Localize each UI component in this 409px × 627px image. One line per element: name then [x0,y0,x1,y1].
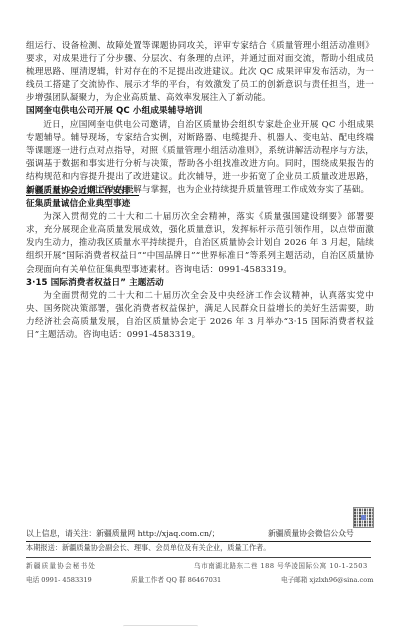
divider-top [26,541,371,542]
footer-address: 乌市南湖北路东二巷 188 号华凌国际公寓 10-1-2503 [194,560,368,570]
paragraph-consumer-rights-day: 为全面贯彻党的二十大和二十届历次全会及中央经济工作会议精神，认真落实党中央、国务… [26,290,374,342]
heading-consumer-rights-day: 3·15 国际消费者权益日” 主题活动 [26,277,374,290]
footer-email[interactable]: 电子邮箱 xjzlxh96@sina.com [281,574,373,584]
footer-qq-group: 质量工作者 QQ 群 86467031 [131,574,221,584]
paragraph-integrity-cases: 为深入贯彻党的二十大和二十届历次全会精神，落实《质量强国建设纲要》部署要求，充分… [26,211,374,276]
heading-integrity-cases: 征集质量诚信企业典型事迹 [26,198,374,211]
article-block-work-plan: 新疆质量协会近期工作安排： 征集质量诚信企业典型事迹 为深入贯彻党的二十大和二十… [26,185,374,342]
paragraph-qc-review-continued: 组运行、设备检测、故障处置等课题协同攻关，评审专家结合《质量管理小组活动准则》要… [26,40,374,105]
footer-org-name: 新疆质量协会秘书处 [26,560,96,570]
section-title-work-plan: 新疆质量协会近期工作安排： [26,185,374,198]
distribution-note: 本期报送：新疆质量协会副会长、理事、会员单位及有关企业，质量工作者。 [26,543,270,553]
divider-bottom [26,557,371,558]
footer-phone: 电话 0991- 4583319 [26,574,92,584]
follow-info-row: 以上信息，请关注：新疆质量网 http://xjaq.com.cn/； 新疆质量… [26,528,370,541]
follow-website-link[interactable]: 以上信息，请关注：新疆质量网 http://xjaq.com.cn/； [26,528,219,539]
qr-code-icon [353,507,374,528]
article-block-qc-review: 组运行、设备检测、故障处置等课题协同攻关，评审专家结合《质量管理小组活动准则》要… [26,40,374,197]
heading-kuitun-qc-training: 国网奎屯供电公司开展 QC 小组成果辅导培训 [26,105,374,118]
wechat-account-label: 新疆质量协会微信公众号 [268,528,354,539]
